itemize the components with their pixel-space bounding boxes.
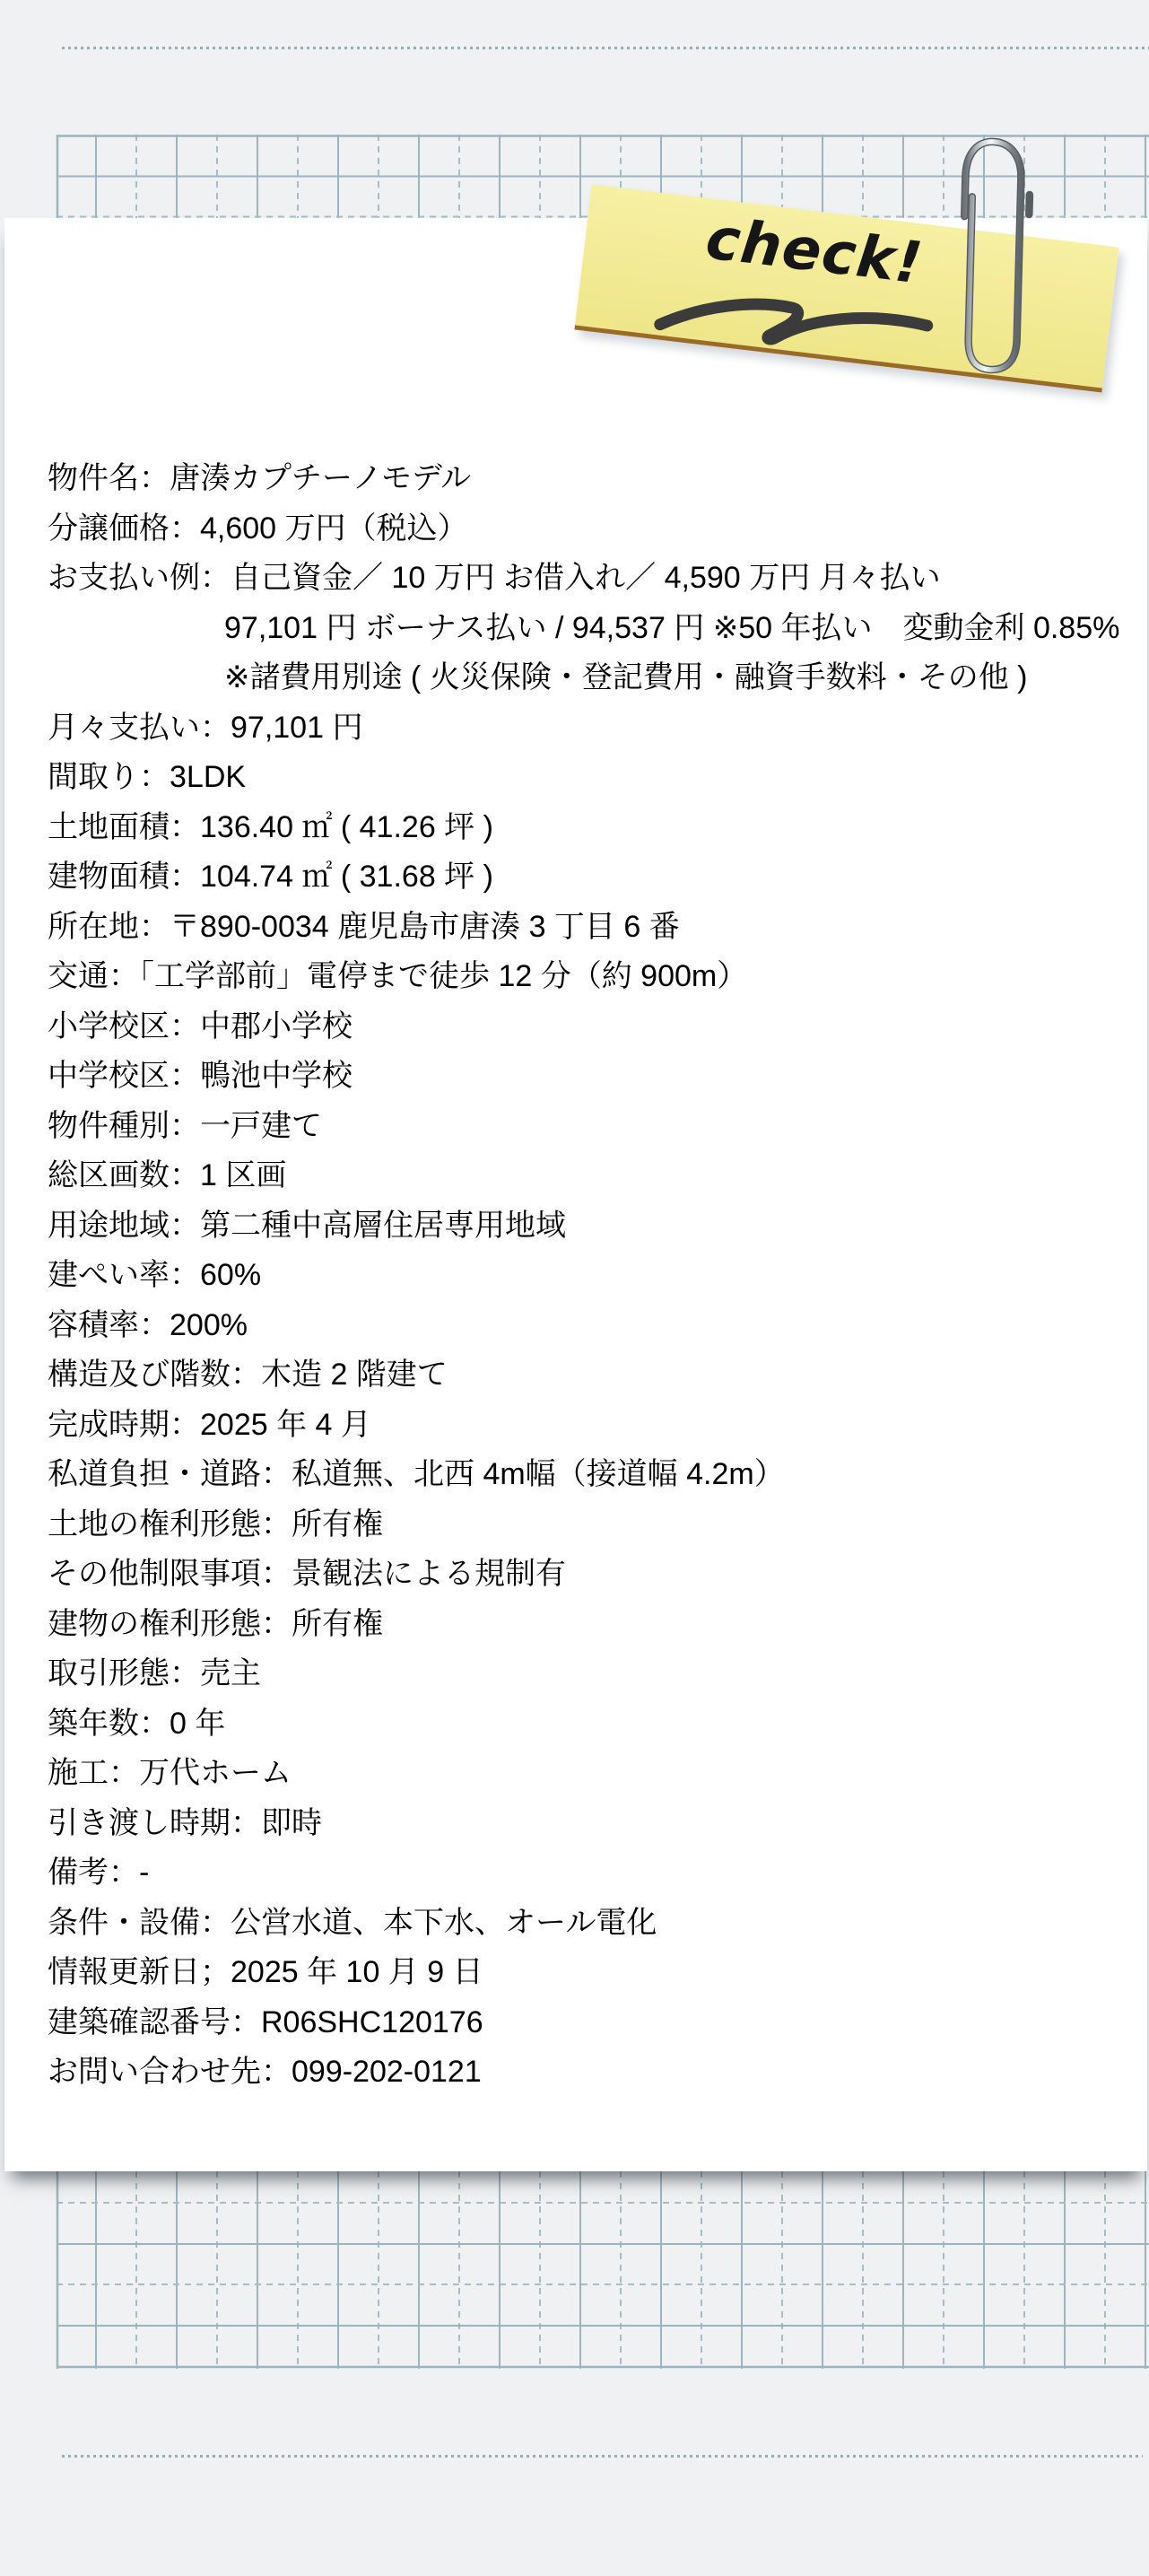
property-spec-line: 月々支払い：97,101 円 bbox=[48, 703, 1137, 754]
property-spec-line: 分譲価格：4,600 万円（税込） bbox=[48, 504, 1137, 554]
property-spec-line: 築年数：0 年 bbox=[48, 1699, 1137, 1750]
property-spec-line: 引き渡し時期：即時 bbox=[48, 1799, 1137, 1849]
graph-grid-bottom bbox=[0, 2171, 1149, 2369]
property-spec-line: 施工：万代ホーム bbox=[48, 1749, 1137, 1799]
property-spec-line: 土地面積：136.40 ㎡ ( 41.26 坪 ) bbox=[48, 803, 1137, 853]
property-spec-line: お支払い例：自己資金／ 10 万円 お借入れ／ 4,590 万円 月々払い bbox=[48, 554, 1137, 604]
dotted-rule-bottom bbox=[62, 2455, 1143, 2458]
property-spec-line: 物件名：唐湊カプチーノモデル bbox=[48, 454, 1137, 504]
property-spec-line: 97,101 円 ボーナス払い / 94,537 円 ※50 年払い 変動金利 … bbox=[48, 604, 1137, 654]
property-spec-line: 土地の権利形態：所有権 bbox=[48, 1500, 1137, 1550]
property-spec-line: 用途地域：第二種中高層住居専用地域 bbox=[48, 1201, 1137, 1252]
property-spec-line: 構造及び階数：木造 2 階建て bbox=[48, 1350, 1137, 1401]
property-spec-line: 建物の権利形態：所有権 bbox=[48, 1600, 1137, 1650]
property-spec-line: 条件・設備：公営水道、本下水、オール電化 bbox=[48, 1899, 1137, 1949]
property-spec-list: 物件名：唐湊カプチーノモデル分譲価格：4,600 万円（税込）お支払い例：自己資… bbox=[48, 454, 1137, 2098]
property-spec-line: 建築確認番号：R06SHC120176 bbox=[48, 1998, 1137, 2048]
property-spec-line: 取引形態：売主 bbox=[48, 1649, 1137, 1699]
property-spec-line: ※諸費用別途 ( 火災保険・登記費用・融資手数料・その他 ) bbox=[48, 653, 1137, 703]
property-spec-line: 建物面積：104.74 ㎡ ( 31.68 坪 ) bbox=[48, 852, 1137, 903]
property-spec-line: お問い合わせ先：099-202-0121 bbox=[48, 2048, 1137, 2098]
property-spec-line: 容積率：200% bbox=[48, 1301, 1137, 1351]
property-spec-line: 間取り：3LDK bbox=[48, 753, 1137, 803]
property-spec-line: 交通：「工学部前」電停まで徒歩 12 分（約 900m） bbox=[48, 952, 1137, 1002]
property-spec-line: 私道負担・道路：私道無、北西 4m幅（接道幅 4.2m） bbox=[48, 1450, 1137, 1500]
property-spec-line: 建ぺい率：60% bbox=[48, 1251, 1137, 1301]
property-spec-line: 物件種別：一戸建て bbox=[48, 1102, 1137, 1152]
page-background: 物件名：唐湊カプチーノモデル分譲価格：4,600 万円（税込）お支払い例：自己資… bbox=[0, 0, 1149, 2576]
property-spec-line: 総区画数：1 区画 bbox=[48, 1151, 1137, 1201]
paperclip-icon bbox=[945, 130, 1041, 389]
property-spec-line: 小学校区：中郡小学校 bbox=[48, 1002, 1137, 1052]
property-spec-line: その他制限事項：景観法による規制有 bbox=[48, 1550, 1137, 1600]
sticky-note-label: check! bbox=[702, 205, 927, 297]
property-spec-line: 情報更新日；2025 年 10 月 9 日 bbox=[48, 1948, 1137, 1998]
property-spec-line: 備考：- bbox=[48, 1848, 1137, 1899]
property-spec-line: 所在地：〒890-0034 鹿児島市唐湊 3 丁目 6 番 bbox=[48, 903, 1137, 953]
property-spec-line: 完成時期：2025 年 4 月 bbox=[48, 1401, 1137, 1451]
dotted-rule-top bbox=[62, 47, 1149, 49]
property-spec-line: 中学校区：鴨池中学校 bbox=[48, 1052, 1137, 1102]
